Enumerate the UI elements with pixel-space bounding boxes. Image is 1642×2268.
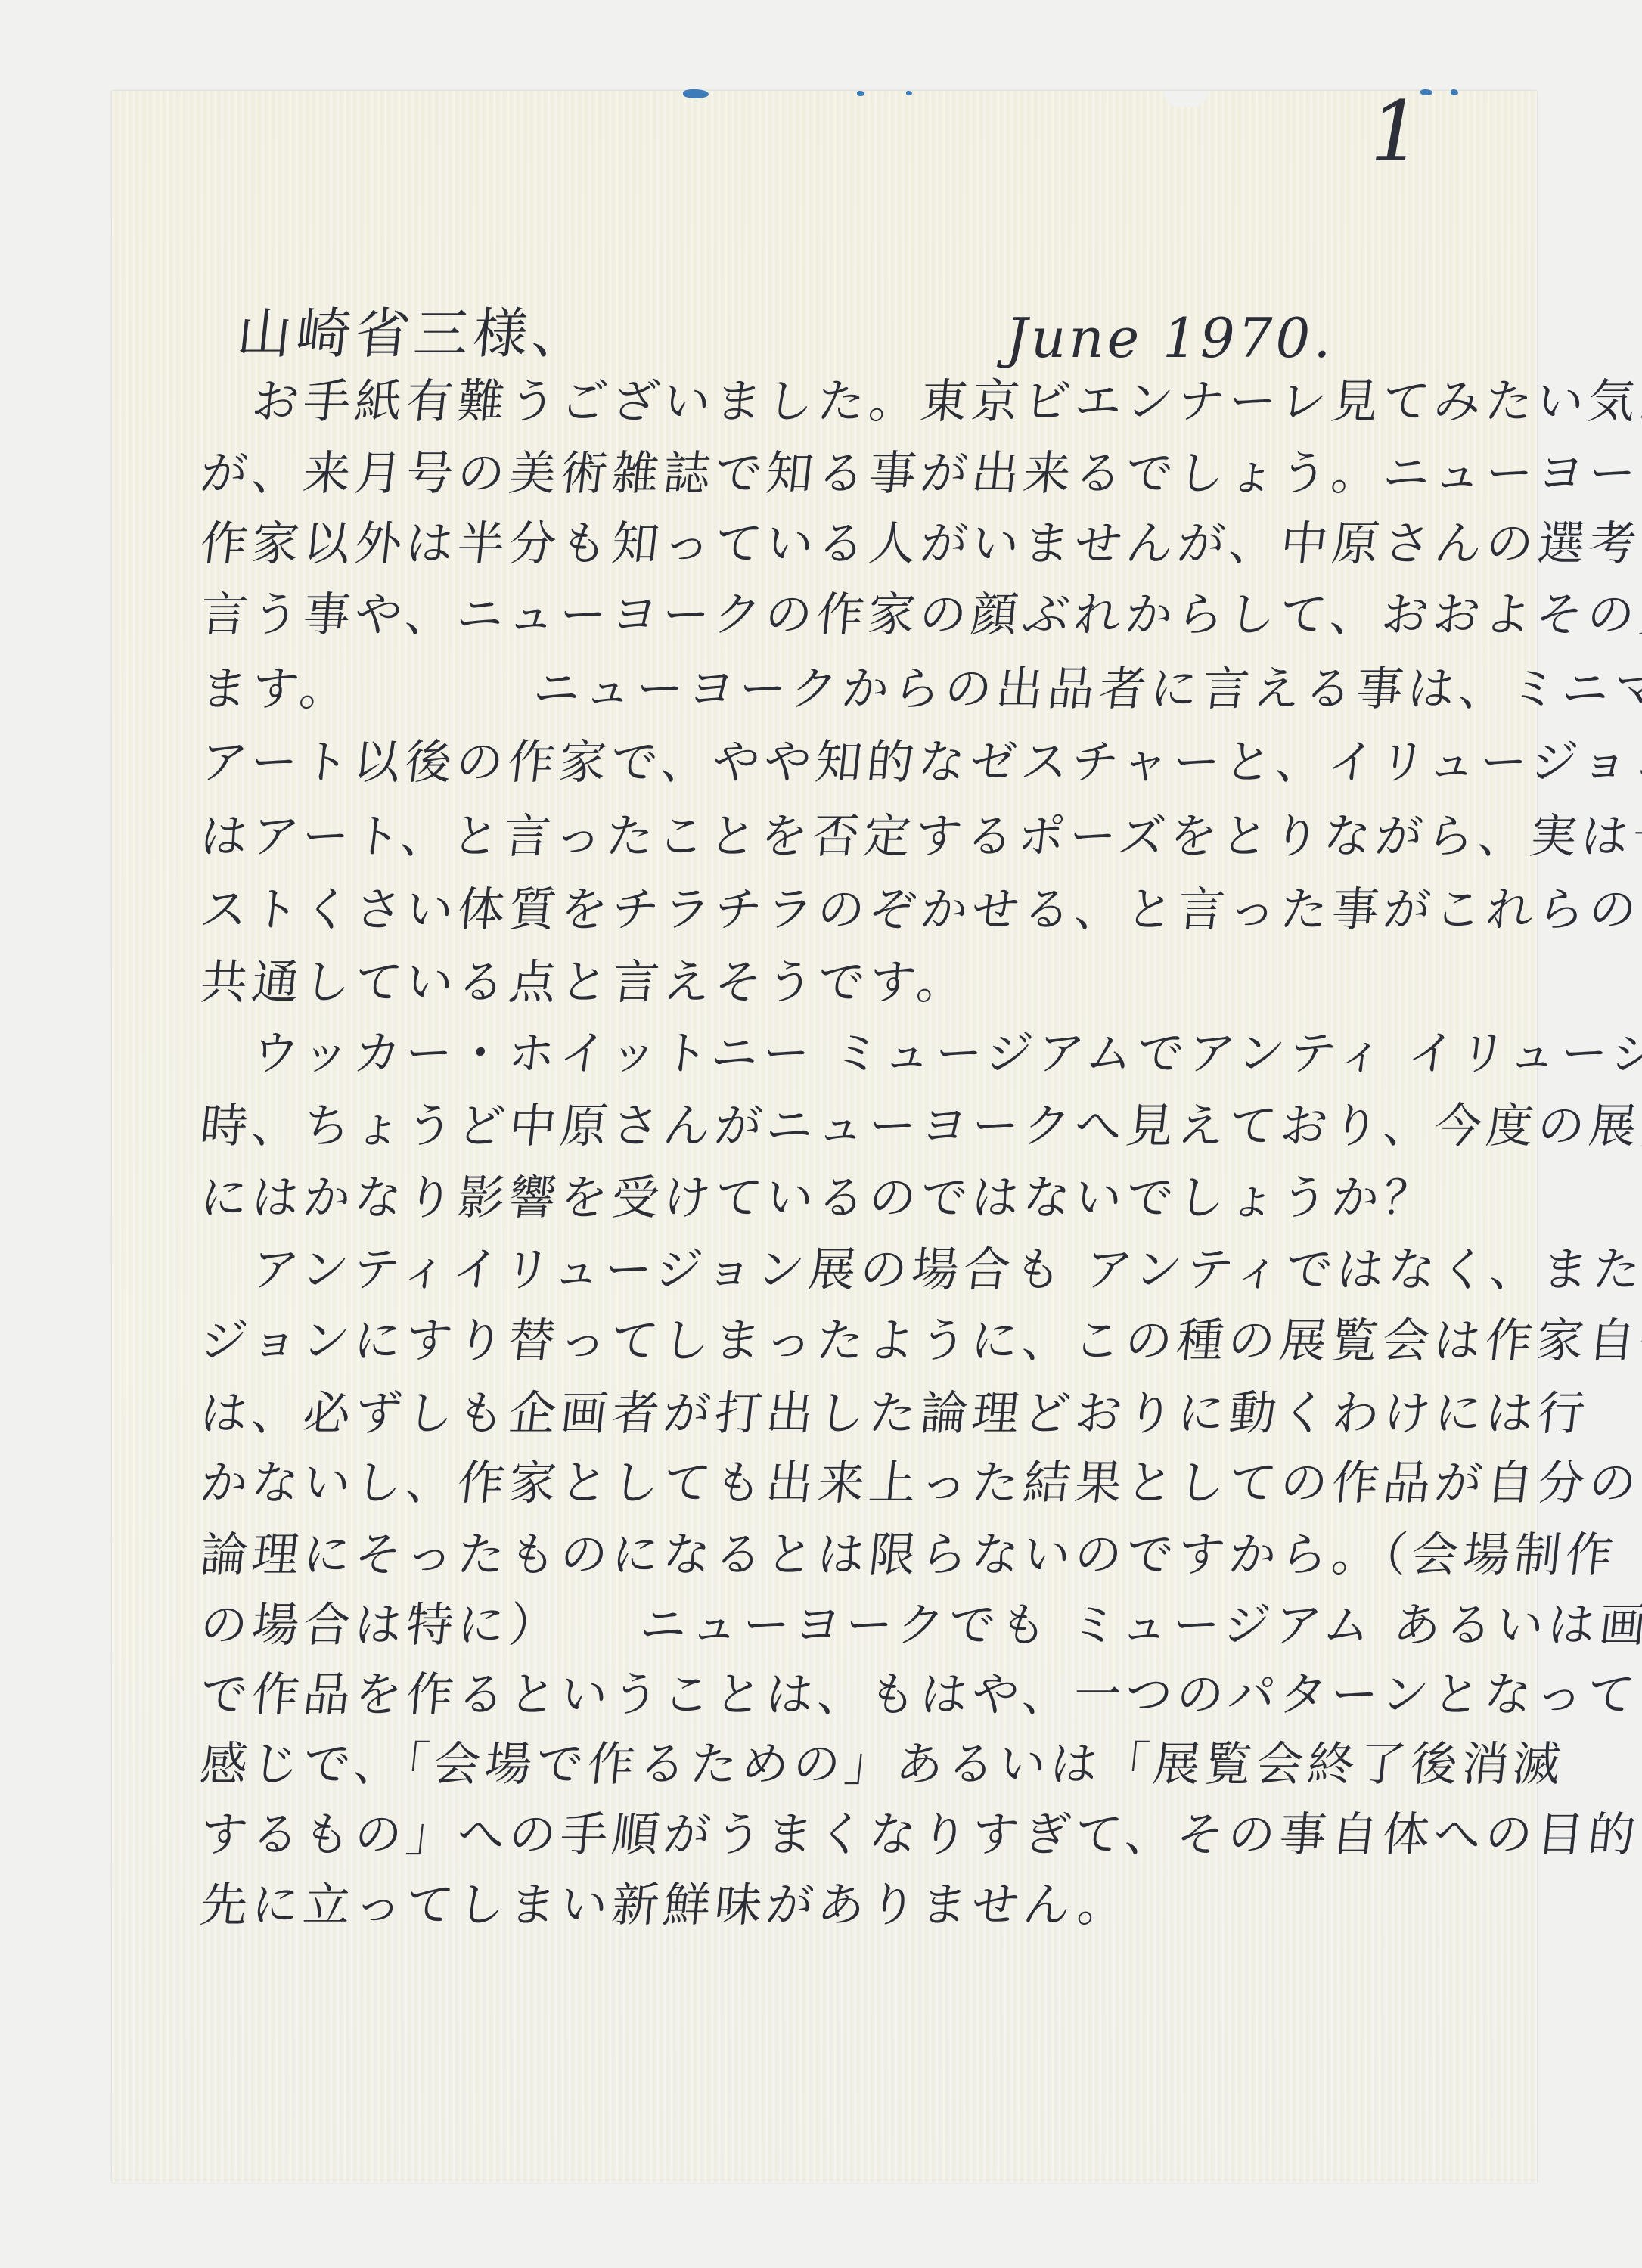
blue-ink-mark [1451, 89, 1458, 95]
letter-line: 先に立ってしまい新鮮味がありません。 [198, 1882, 1131, 1928]
letter-line: 共通している点と言えそうです。 [198, 959, 971, 1006]
paper-notch [1163, 91, 1209, 107]
letter-line: はアート、と言ったことを否定するポーズをとりながら、実は一番アーティ [198, 813, 1642, 860]
letter-line: ます。 ニューヨークからの出品者に言える事は、ミニマル [198, 666, 1642, 712]
letter-line: が、来月号の美術雑誌で知る事が出来るでしょう。ニューヨークの [198, 450, 1642, 497]
letter-line: 言う事や、ニューヨークの作家の顔ぶれからして、おおよその見当はつき [198, 591, 1642, 638]
letter-line: は、必ずしも企画者が打出した論理どおりに動くわけには行 [198, 1390, 1592, 1437]
letter-line: するもの」への手順がうまくなりすぎて、その事自体への目的の方が [198, 1811, 1642, 1858]
letter-line: ジョンにすり替ってしまったように、この種の展覧会は作家自体 [198, 1317, 1642, 1364]
letter-line: の場合は特に） ニューヨークでも ミュージアム あるいは画廊の会場 [198, 1602, 1642, 1649]
letter-line: かないし、作家としても出来上った結果としての作品が自分の [198, 1460, 1642, 1506]
blue-ink-mark [857, 91, 864, 96]
letter-line: 論理にそったものになるとは限らないのですから。（会場制作 [198, 1531, 1620, 1578]
letter-line: 作家以外は半分も知っている人がいませんが、中原さんの選考と [198, 520, 1642, 567]
letter-line: 時、ちょうど中原さんがニューヨークへ見えており、今度の展覧会の方法 [198, 1103, 1642, 1150]
letter-line: ウッカー・ホイットニー ミュージアムでアンティ イリュージョン展を企画した [198, 1030, 1642, 1077]
blue-ink-mark [906, 91, 912, 95]
letter-line: アンティイリュージョン展の場合も アンティではなく、また、イリュー [198, 1246, 1642, 1293]
letter-date: June 1970. [1006, 306, 1333, 370]
salutation: 山崎省三様、 [234, 306, 594, 361]
letter-line: ストくさい体質をチラチラのぞかせる、と言った事がこれらの作家に [198, 886, 1642, 933]
letter-line: 感じで、「会場で作るための」あるいは「展覧会終了後消滅 [198, 1741, 1567, 1788]
letter-line: お手紙有難うございました。東京ビエンナーレ見てみたい気がします [250, 378, 1642, 425]
letter-line: にはかなり影響を受けているのではないでしょうか？ [198, 1174, 1438, 1221]
blue-ink-mark [683, 89, 709, 98]
letter-line: アート以後の作家で、やや知的なゼスチャーと、イリュージョン、あるい [198, 739, 1642, 786]
letter-line: で作品を作るということは、もはや、一つのパターンとなってしまった [198, 1671, 1642, 1718]
